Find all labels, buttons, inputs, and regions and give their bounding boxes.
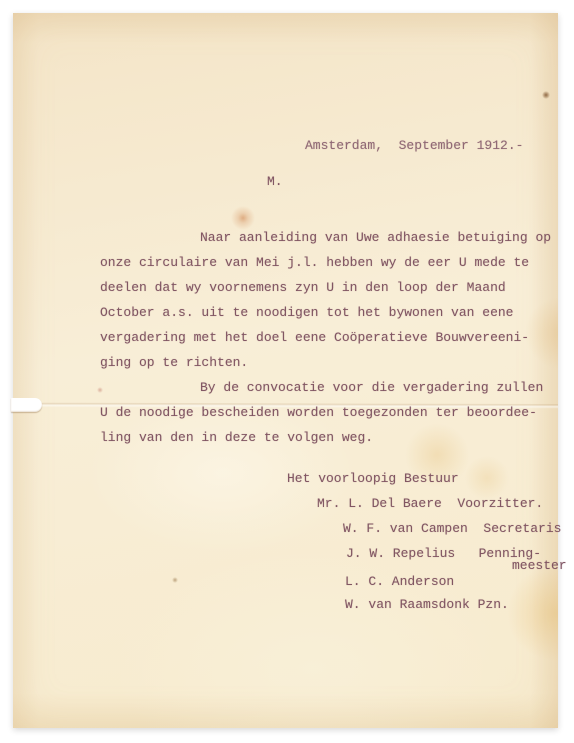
- letter-paper: Amsterdam, September 1912.- M. Naar aanl…: [13, 13, 558, 728]
- body-line: deelen dat wy voornemens zyn U in den lo…: [100, 281, 506, 295]
- edge-tear: [11, 398, 42, 412]
- body-line: October a.s. uit te noodigen tot het byw…: [100, 306, 513, 320]
- body-line: ling van den in deze te volgen weg.: [100, 431, 373, 445]
- signature-line: Mr. L. Del Baere Voorzitter.: [317, 497, 543, 511]
- body-line: ging op te richten.: [100, 356, 248, 370]
- body-line: vergadering met het doel eene Coöperatie…: [100, 331, 529, 345]
- signature-line: W. van Raamsdonk Pzn.: [345, 598, 509, 612]
- scan-background: Amsterdam, September 1912.- M. Naar aanl…: [0, 0, 574, 743]
- body-line: By de convocatie voor die vergadering zu…: [200, 381, 543, 395]
- body-line: onze circulaire van Mei j.l. hebben wy d…: [100, 256, 529, 270]
- closing-line: Het voorloopig Bestuur: [287, 472, 459, 486]
- salutation: M.: [267, 175, 283, 189]
- signature-line-continuation: meester: [512, 559, 567, 573]
- date-line: Amsterdam, September 1912.-: [305, 139, 523, 153]
- signature-line: L. C. Anderson: [345, 575, 454, 589]
- signature-line: W. F. van Campen Secretaris: [343, 522, 561, 536]
- body-line: Naar aanleiding van Uwe adhaesie betuigi…: [200, 231, 551, 245]
- body-line: U de noodige bescheiden worden toegezond…: [100, 406, 537, 420]
